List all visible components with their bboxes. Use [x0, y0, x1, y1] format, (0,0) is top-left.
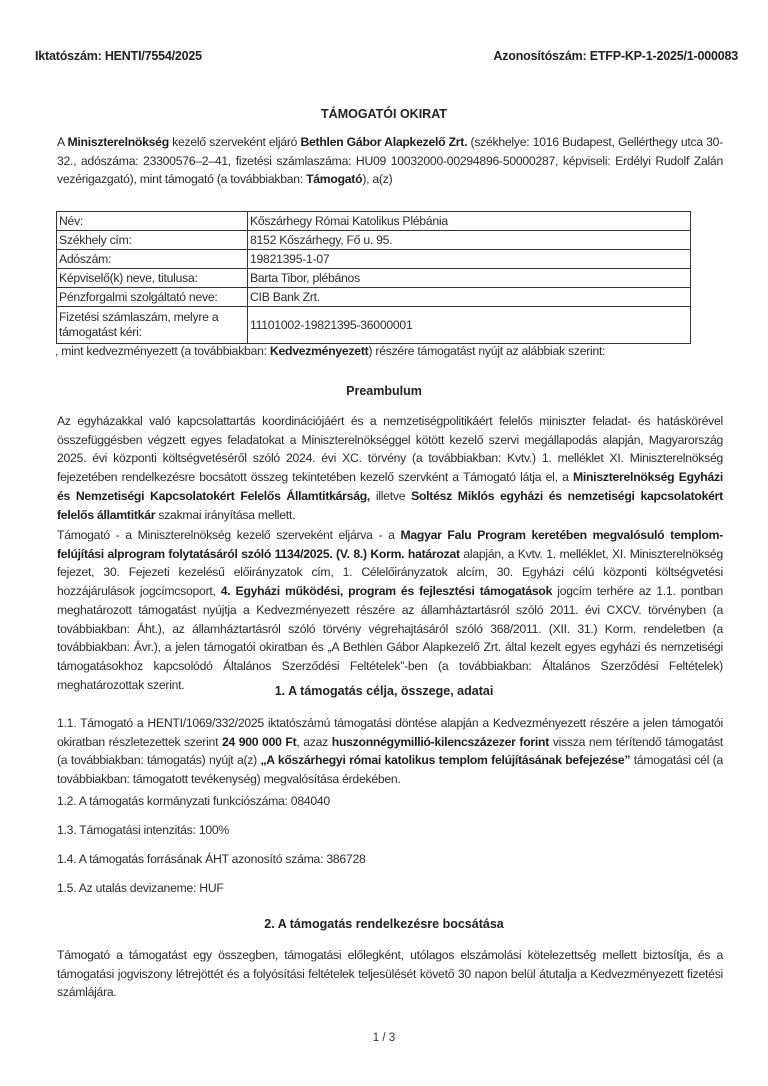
- row-value: 11101002-19821395-36000001: [248, 307, 691, 344]
- section-1-2-item: 1.2. A támogatás kormányzati funkciószám…: [57, 794, 330, 808]
- section-1-1-paragraph: 1.1. Támogató a HENTI/1069/332/2025 ikta…: [57, 714, 723, 789]
- document-page: Iktatószám: HENTI/7554/2025 Azonosítószá…: [0, 0, 768, 1086]
- table-row: Adószám: 19821395-1-07: [57, 250, 691, 269]
- row-value: Barta Tibor, plébános: [248, 269, 691, 288]
- after-table-text: , mint kedvezményezett (a továbbiakban: …: [55, 342, 721, 361]
- intro-paragraph: A Miniszterelnökség kezelő szerveként el…: [57, 133, 723, 189]
- table-row: Székhely cím: 8152 Kőszárhegy, Fő u. 95.: [57, 231, 691, 250]
- document-title: TÁMOGATÓI OKIRAT: [0, 107, 768, 121]
- identifier-number: Azonosítószám: ETFP-KP-1-2025/1-000083: [493, 49, 738, 63]
- row-label: Adószám:: [57, 250, 248, 269]
- section-1-5-item: 1.5. Az utalás devizaneme: HUF: [57, 881, 224, 895]
- table-row: Név: Kőszárhegy Római Katolikus Plébánia: [57, 212, 691, 231]
- registration-number: Iktatószám: HENTI/7554/2025: [35, 49, 202, 63]
- preamble-paragraph-2: Támogató - a Miniszterelnökség kezelő sz…: [57, 526, 723, 694]
- row-label: Név:: [57, 212, 248, 231]
- preamble-paragraph-1: Az egyházakkal való kapcsolattartás koor…: [57, 412, 723, 524]
- row-label: Képviselő(k) neve, titulusa:: [57, 269, 248, 288]
- page-number: 1 / 3: [0, 1032, 768, 1044]
- section-2-heading: 2. A támogatás rendelkezésre bocsátása: [0, 917, 768, 931]
- preamble-heading: Preambulum: [0, 384, 768, 398]
- row-value: 8152 Kőszárhegy, Fő u. 95.: [248, 231, 691, 250]
- section-1-3-item: 1.3. Támogatási intenzitás: 100%: [57, 823, 229, 837]
- beneficiary-table: Név: Kőszárhegy Római Katolikus Plébánia…: [56, 211, 691, 344]
- section-2-paragraph: Támogató a támogatást egy összegben, tám…: [57, 946, 723, 1002]
- section-1-heading: 1. A támogatás célja, összege, adatai: [0, 684, 768, 698]
- table-row: Képviselő(k) neve, titulusa: Barta Tibor…: [57, 269, 691, 288]
- row-value: 19821395-1-07: [248, 250, 691, 269]
- row-value: Kőszárhegy Római Katolikus Plébánia: [248, 212, 691, 231]
- table-row: Pénzforgalmi szolgáltató neve: CIB Bank …: [57, 288, 691, 307]
- section-1-4-item: 1.4. A támogatás forrásának ÁHT azonosít…: [57, 852, 366, 866]
- row-value: CIB Bank Zrt.: [248, 288, 691, 307]
- row-label: Fizetési számlaszám, melyre a támogatást…: [57, 307, 248, 344]
- row-label: Székhely cím:: [57, 231, 248, 250]
- table-row: Fizetési számlaszám, melyre a támogatást…: [57, 307, 691, 344]
- row-label: Pénzforgalmi szolgáltató neve:: [57, 288, 248, 307]
